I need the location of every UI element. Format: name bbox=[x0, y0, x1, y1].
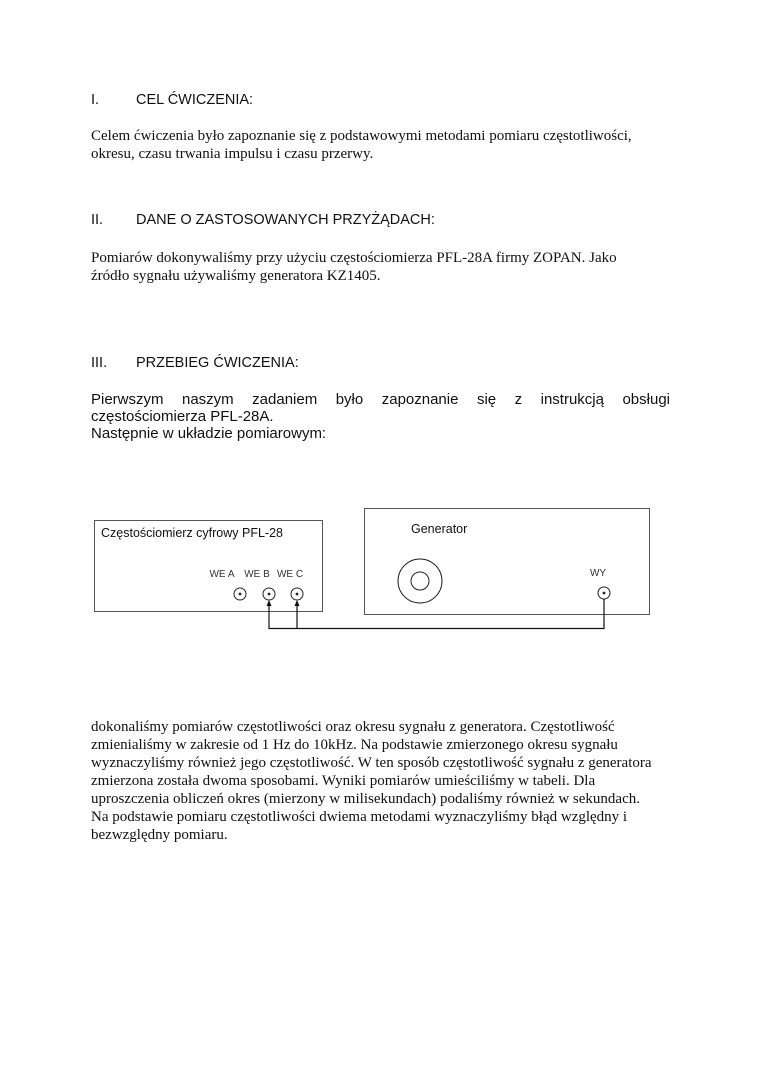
input-label-we-b: WE B bbox=[244, 569, 270, 580]
connector-wy-icon bbox=[598, 587, 610, 599]
input-label-we-c: WE C bbox=[277, 569, 303, 580]
arrow-icon bbox=[267, 600, 300, 606]
output-label-wy: WY bbox=[590, 568, 606, 579]
text-line: wyznaczyliśmy również jego częstotliwość… bbox=[91, 754, 652, 772]
generator-label: Generator bbox=[411, 522, 467, 536]
text-line: dokonaliśmy pomiarów częstotliwości oraz… bbox=[91, 718, 652, 736]
connector-we-b-icon bbox=[263, 588, 275, 600]
connector-we-a-icon bbox=[234, 588, 246, 600]
frequency-meter: Częstościomierz cyfrowy PFL-28 WE A WE B… bbox=[95, 521, 323, 612]
text-line: Na podstawie pomiaru częstotliwości dwie… bbox=[91, 808, 652, 826]
measurement-circuit-diagram: Częstościomierz cyfrowy PFL-28 WE A WE B… bbox=[0, 0, 760, 1075]
frequency-meter-label: Częstościomierz cyfrowy PFL-28 bbox=[101, 526, 283, 540]
text-line: zmierzona została dwoma sposobami. Wynik… bbox=[91, 772, 652, 790]
generator: Generator WY bbox=[365, 509, 650, 615]
text-line: bezwzględny pomiaru. bbox=[91, 826, 652, 844]
text-line: uproszczenia obliczeń okres (mierzony w … bbox=[91, 790, 652, 808]
generator-knob-icon bbox=[398, 559, 442, 603]
connection-wire bbox=[269, 599, 604, 629]
text-line: zmienialiśmy w zakresie od 1 Hz do 10kHz… bbox=[91, 736, 652, 754]
input-label-we-a: WE A bbox=[209, 569, 234, 580]
conclusion-text: dokonaliśmy pomiarów częstotliwości oraz… bbox=[91, 718, 652, 844]
connector-we-c-icon bbox=[291, 588, 303, 600]
